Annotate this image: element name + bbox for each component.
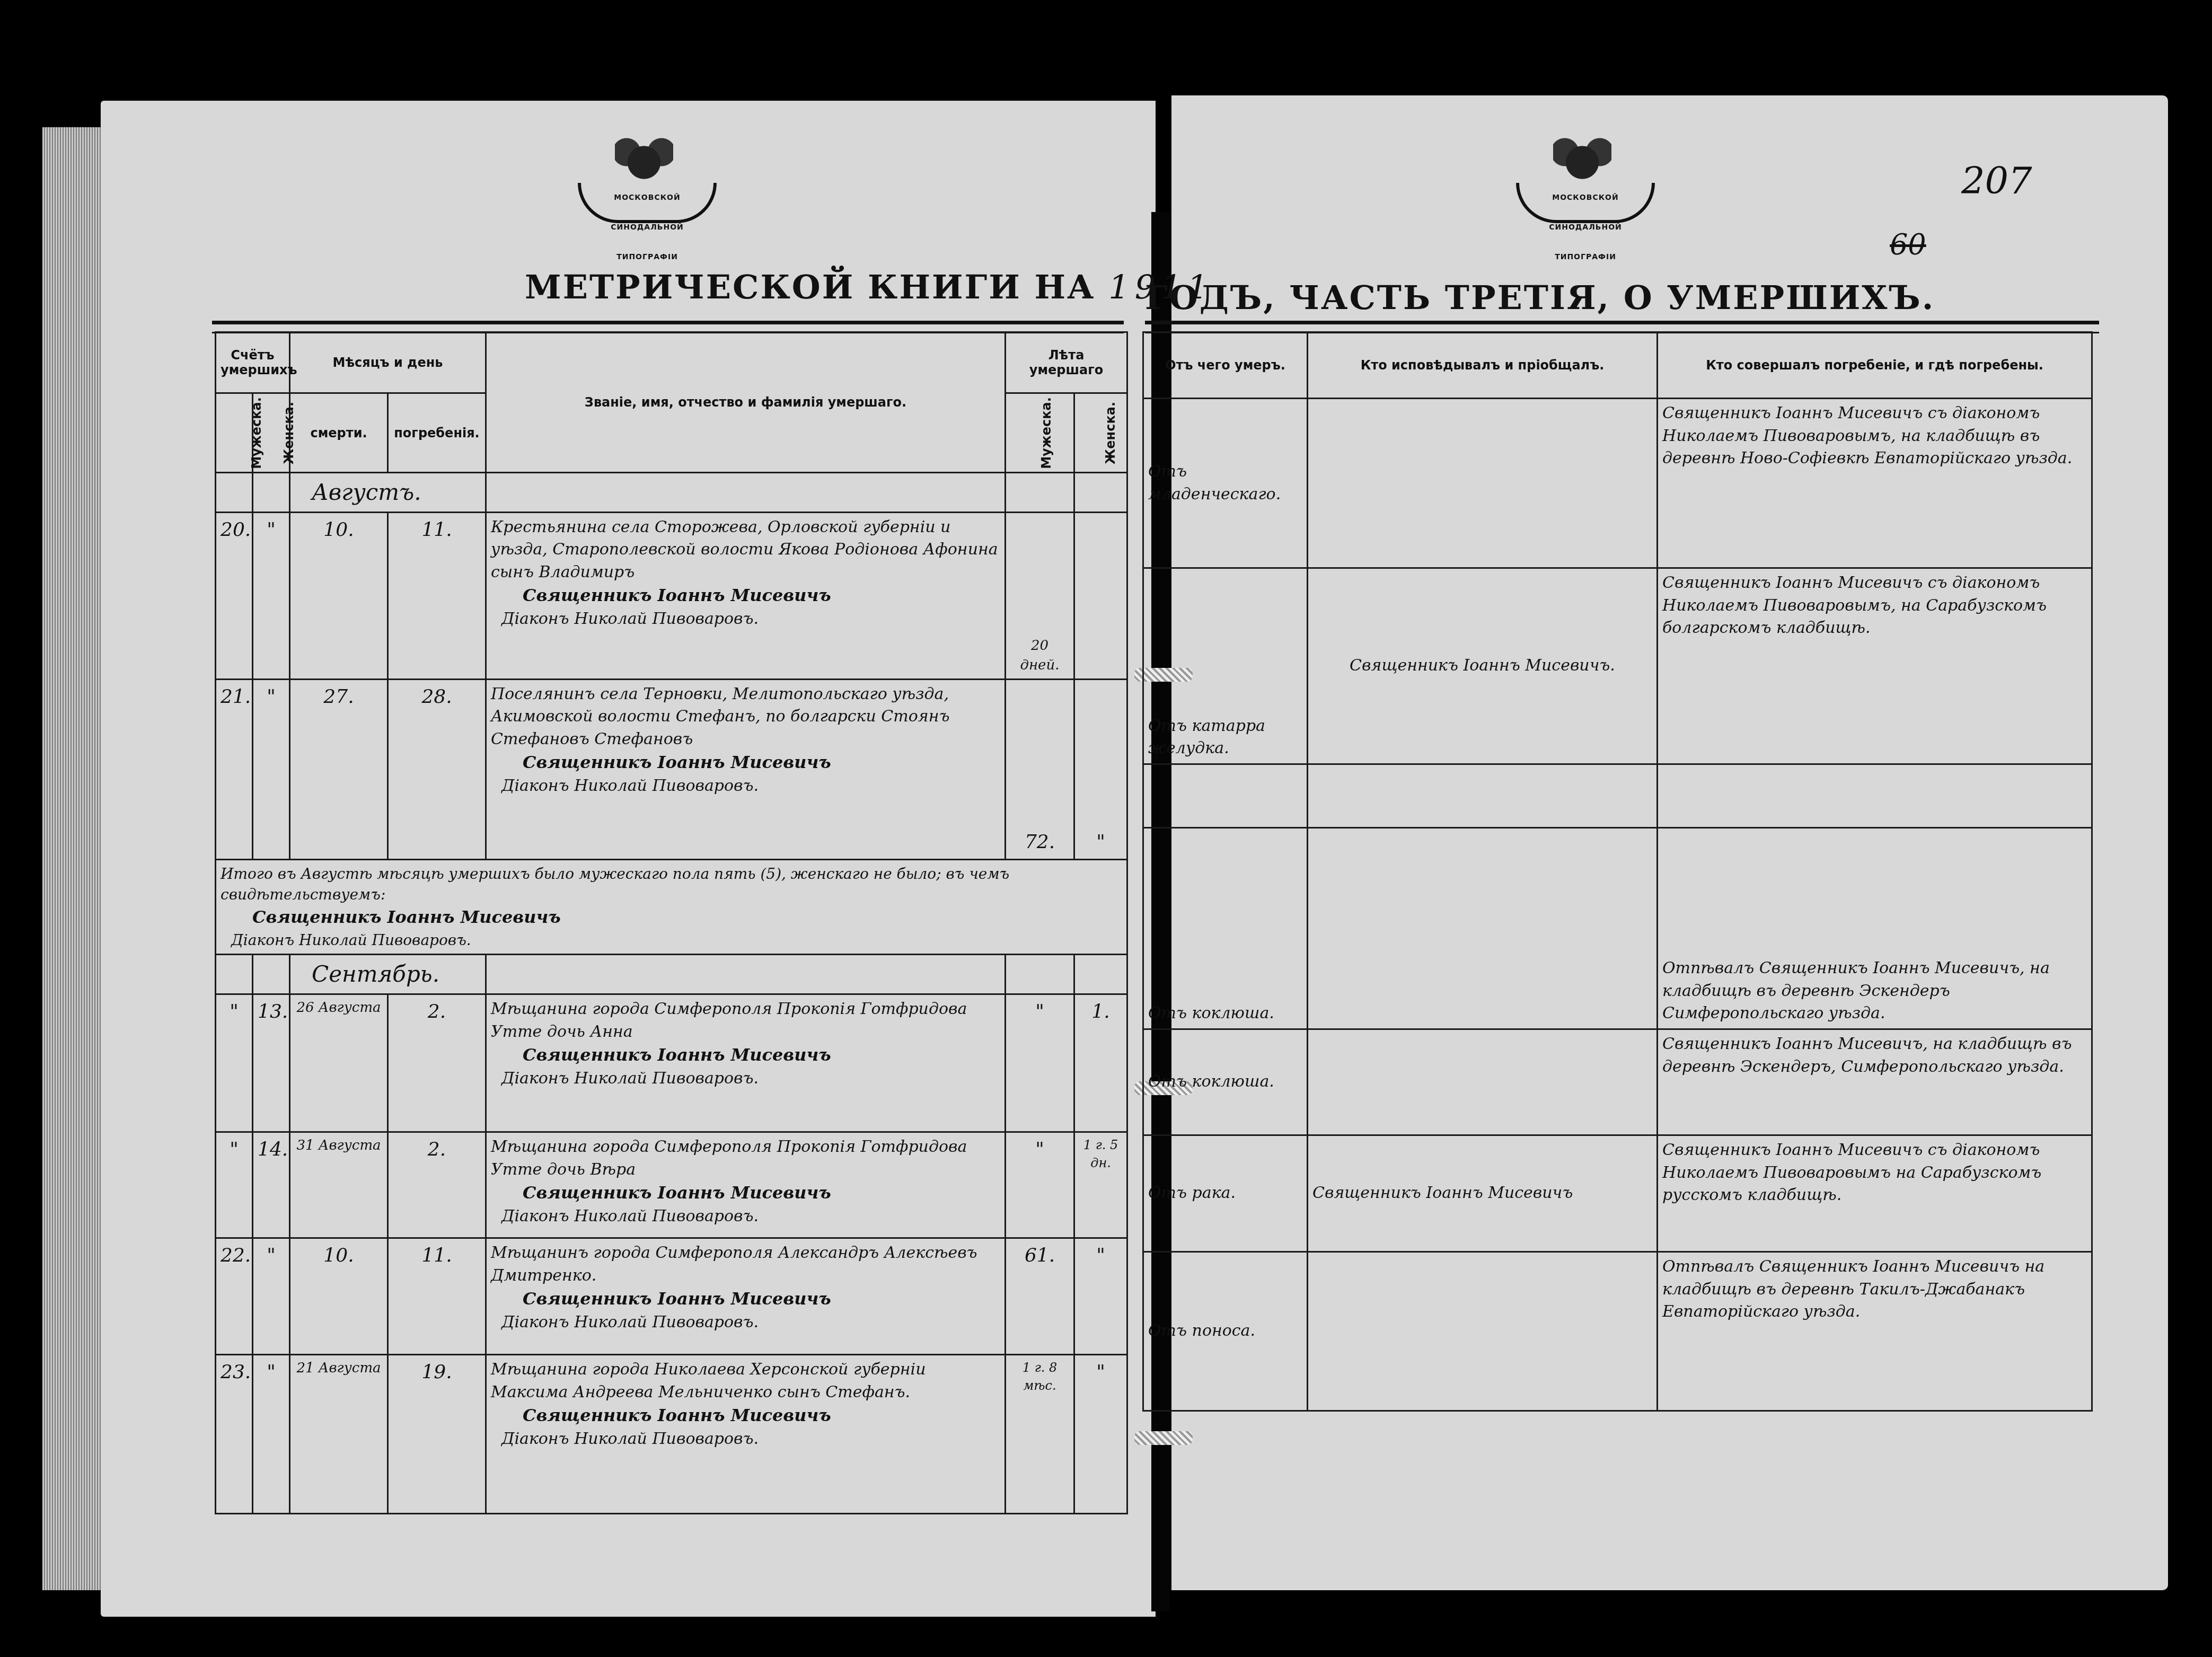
table-cell [1006, 955, 1074, 994]
deceased-name: Поселянинъ села Терновки, Мелитопольскаг… [486, 679, 1006, 859]
header-death: смерти. [290, 393, 388, 473]
header-age-male: Мужеска. [1006, 393, 1074, 473]
table-cell: 1 г. 8 мѣс. [1006, 1354, 1074, 1513]
table-cell: Отъ коклюша. [1143, 828, 1308, 1029]
table-row: Отъ коклюша.Отпѣвалъ Священникъ Іоаннъ М… [1143, 828, 2092, 1029]
table-row: Отъ рака.Священникъ Іоаннъ МисевичъСвяще… [1143, 1135, 2092, 1252]
table-cell [253, 473, 290, 513]
table-cell: 1 г. 5 дн. [1074, 1132, 1127, 1238]
title-left: МЕТРИЧЕСКОЙ КНИГИ НА 1911 [525, 268, 1213, 306]
header-count: Счётъ умершихъ [216, 332, 290, 393]
table-cell: 2. [388, 1132, 486, 1238]
month-row-september: Сентябрь. [216, 955, 1127, 994]
table-cell: Отъ катарра желудка. [1143, 568, 1308, 764]
table-cell [486, 473, 1006, 513]
table-cell: Отъ младенческаго. [1143, 399, 1308, 568]
table-cell: Священникъ Іоаннъ Мисевичъ съ діакономъ … [1658, 568, 2092, 764]
table-row: Отъ поноса.Отпѣвалъ Священникъ Іоаннъ Ми… [1143, 1252, 2092, 1411]
table-cell: Священникъ Іоаннъ Мисевичъ, на кладбищѣ … [1658, 1029, 2092, 1135]
header-count-male: Мужеска. [216, 393, 253, 473]
table-cell: 21 Августа [290, 1354, 388, 1513]
table-cell [1308, 764, 1658, 828]
table-cell: Священникъ Іоаннъ Мисевичъ съ діакономъ … [1658, 399, 2092, 568]
header-confessor: Кто исповѣдывалъ и пріобщалъ. [1308, 332, 1658, 399]
table-cell [1006, 473, 1074, 513]
table-cell: 13. [253, 994, 290, 1132]
header-age: Лѣта умершаго [1006, 332, 1127, 393]
emblem-ribbon: МОСКОВСКОЙ СИНОДАЛЬНОЙ ТИПОГРАФІИ [1516, 183, 1655, 223]
table-row: 22." 10.11. Мѣщанинъ города Симферополя … [216, 1238, 1127, 1354]
table-cell: 31 Августа [290, 1132, 388, 1238]
table-cell: 2. [388, 994, 486, 1132]
header-burial: погребенія. [388, 393, 486, 473]
table-cell: 11. [388, 1238, 486, 1354]
table-cell [1308, 1252, 1658, 1411]
left-register-table: Счётъ умершихъ Мѣсяцъ и день Званіе, имя… [215, 331, 1128, 1514]
deceased-name: Мѣщанина города Симферополя Прокопія Гот… [486, 1132, 1006, 1238]
deceased-name: Крестьянина села Сторожева, Орловской гу… [486, 512, 1006, 679]
imperial-eagle-emblem-left: МОСКОВСКОЙ СИНОДАЛЬНОЙ ТИПОГРАФІИ [578, 119, 710, 225]
table-cell: 14. [253, 1132, 290, 1238]
table-cell: 61. [1006, 1238, 1074, 1354]
table-cell [1074, 473, 1127, 513]
table-cell: Отъ коклюша. [1143, 1029, 1308, 1135]
table-row: "13. 26 Августа2. Мѣщанина города Симфер… [216, 994, 1127, 1132]
month-row-august: Августъ. [216, 473, 1127, 513]
table-cell: " [216, 994, 253, 1132]
table-row: Отъ коклюша.Священникъ Іоаннъ Мисевичъ, … [1143, 1029, 2092, 1135]
table-cell: 22. [216, 1238, 253, 1354]
table-row: 21. " 27. 28. Поселянинъ села Терновки, … [216, 679, 1127, 859]
table-cell: Отпѣвалъ Священникъ Іоаннъ Мисевичъ на к… [1658, 1252, 2092, 1411]
table-cell: Священникъ Іоаннъ Мисевичъ [1308, 1135, 1658, 1252]
table-cell: " [1006, 1132, 1074, 1238]
page-number: 207 [1961, 159, 2032, 202]
table-cell [1074, 955, 1127, 994]
table-cell: 1. [1074, 994, 1127, 1132]
table-cell: " [216, 1132, 253, 1238]
table-cell [1308, 399, 1658, 568]
table-cell: " [253, 1354, 290, 1513]
old-page-number-struck: 60 [1890, 228, 1926, 261]
title-right: ГОДЪ, ЧАСТЬ ТРЕТІЯ, О УМЕРШИХЪ. [1145, 278, 1935, 317]
header-burier: Кто совершалъ погребеніе, и гдѣ погребен… [1658, 332, 2092, 399]
table-cell: Отпѣвалъ Священникъ Іоаннъ Мисевичъ, на … [1658, 828, 2092, 1029]
table-cell: " [1006, 994, 1074, 1132]
table-cell: " [1074, 1238, 1127, 1354]
deceased-name: Мѣщанина города Симферополя Прокопія Гот… [486, 994, 1006, 1132]
table-row: 23." 21 Августа19. Мѣщанина города Никол… [216, 1354, 1127, 1513]
table-cell: " [1074, 1354, 1127, 1513]
right-register-table: Отъ чего умеръ. Кто исповѣдывалъ и пріоб… [1142, 331, 2093, 1412]
deceased-name: Мѣщанинъ города Симферополя Александръ А… [486, 1238, 1006, 1354]
table-cell: 10. [290, 1238, 388, 1354]
table-row: "14. 31 Августа2. Мѣщанина города Симфер… [216, 1132, 1127, 1238]
table-cell [216, 473, 253, 513]
table-cell [1658, 764, 2092, 828]
header-name: Званіе, имя, отчество и фамилія умершаго… [486, 332, 1006, 473]
table-cell: 19. [388, 1354, 486, 1513]
table-cell [486, 955, 1006, 994]
table-cell: Отъ рака. [1143, 1135, 1308, 1252]
august-summary-row: Итого въ Августѣ мѣсяцѣ умершихъ было му… [216, 859, 1127, 955]
table-cell: Священникъ Іоаннъ Мисевичъ. [1308, 568, 1658, 764]
table-cell: Отъ поноса. [1143, 1252, 1308, 1411]
header-cause: Отъ чего умеръ. [1143, 332, 1308, 399]
emblem-ribbon: МОСКОВСКОЙ СИНОДАЛЬНОЙ ТИПОГРАФІИ [578, 183, 717, 223]
table-cell [1308, 1029, 1658, 1135]
table-cell: 26 Августа [290, 994, 388, 1132]
table-cell [1143, 764, 1308, 828]
august-summary-row [1143, 764, 2092, 828]
table-cell [1308, 828, 1658, 1029]
title-left-text: МЕТРИЧЕСКОЙ КНИГИ НА [525, 268, 1096, 306]
table-cell: 23. [216, 1354, 253, 1513]
table-cell [253, 955, 290, 994]
table-row: 20. " 10. 11. Крестьянина села Сторожева… [216, 512, 1127, 679]
header-age-female: Женска. [1074, 393, 1127, 473]
imperial-eagle-emblem-right: МОСКОВСКОЙ СИНОДАЛЬНОЙ ТИПОГРАФІИ [1516, 119, 1649, 225]
table-cell [216, 955, 253, 994]
deceased-name: Мѣщанина города Николаева Херсонской губ… [486, 1354, 1006, 1513]
table-row: Отъ катарра желудка.Священникъ Іоаннъ Ми… [1143, 568, 2092, 764]
header-month-day: Мѣсяцъ и день [290, 332, 486, 393]
binding-thread [1134, 1431, 1193, 1445]
table-row: Отъ младенческаго.Священникъ Іоаннъ Мисе… [1143, 399, 2092, 568]
table-cell: " [253, 1238, 290, 1354]
table-cell: Священникъ Іоаннъ Мисевичъ съ діакономъ … [1658, 1135, 2092, 1252]
